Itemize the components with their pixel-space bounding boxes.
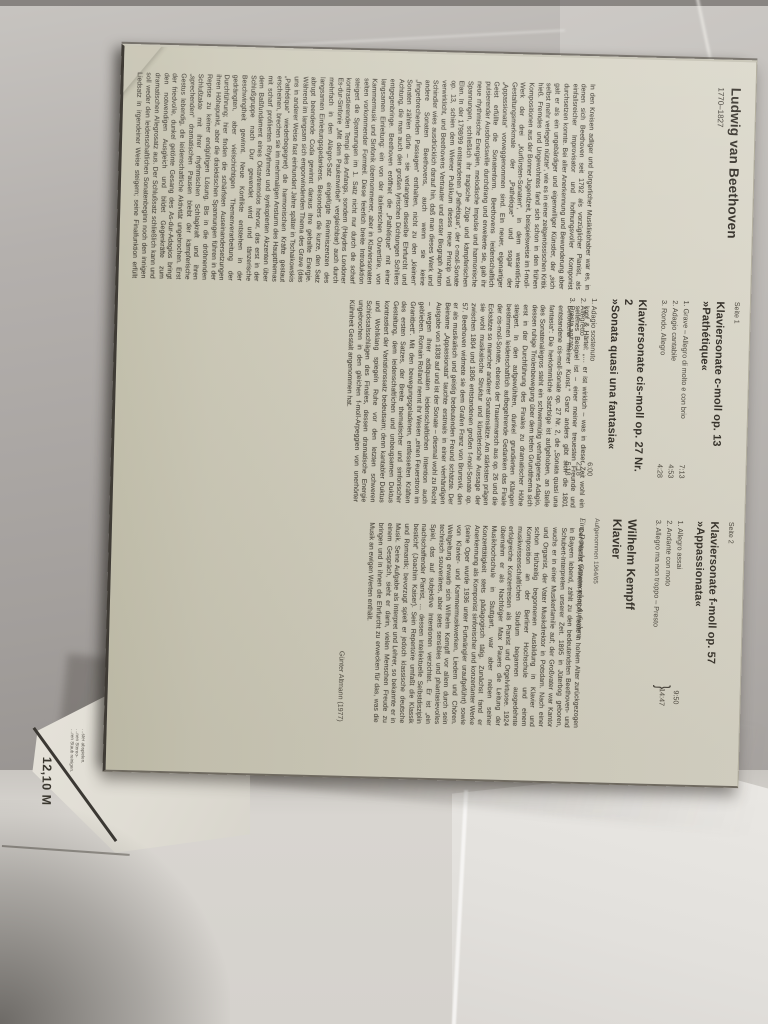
movement-row: 3. Allegro ma non troppo – Presto (648, 520, 664, 704)
movement-name: 3. Presto agitato (566, 298, 578, 351)
notes-column-2: kopf & Härtel: „… er ist wirklich – was … (185, 296, 590, 508)
movement-name: 3. Rondo. Allegro (658, 300, 670, 355)
movement-time: 6:00 (585, 462, 596, 476)
work2-block: Klaviersonate cis-moll op. 27 Nr. 2 »Son… (563, 298, 648, 478)
composer-block: Ludwig van Beethoven 1770–1827 (713, 87, 744, 239)
recording-note: Aufgenommen 1964/65 (589, 518, 601, 702)
movement-time: 5:18 (563, 461, 574, 475)
side1-label: Seite 1 (728, 302, 740, 480)
corner-fold (117, 44, 165, 101)
work3-movements: 1. Allegro assai 9:50 2. Andante con mot… (648, 520, 686, 705)
movement-name: 1. Grave – Allegro di molto e con brio (678, 300, 692, 419)
work1-subtitle: »Pathétique« (694, 301, 712, 479)
care-line: …ren Staub reinigen. (68, 729, 74, 777)
movement-row: 1. Allegro assai 9:50 (670, 520, 686, 704)
work2-movements: 1. Adagio sostenuto 6:00 2. Allegretto 2… (563, 298, 601, 477)
artist-instrument: Klavier (606, 519, 625, 703)
movement-time: 4:53 (665, 464, 676, 478)
movement-row: 1. Adagio sostenuto 6:00 (585, 298, 601, 476)
price-text: 12,10 M (39, 757, 54, 806)
work2-title: Klaviersonate cis-moll op. 27 Nr. 2 (616, 299, 648, 478)
photo-top-shadow (0, 0, 768, 6)
movement-row: 3. Presto agitato 5:18 (563, 298, 579, 476)
artist-name: Wilhelm Kempff (620, 519, 639, 703)
notes-column-3: Der Pianist Wilhelm Kempff, heute in hoh… (361, 522, 584, 728)
notes-signature: Günter Altmann (1977) (336, 522, 348, 722)
artist-block: Wilhelm Kempff Klavier Aufgenommen 1964/… (574, 518, 640, 704)
composer-name: Ludwig van Beethoven (725, 88, 744, 239)
side2-label: Seite 2 (722, 522, 734, 706)
movement-row: 2. Adagio cantabile 4:53 (665, 300, 681, 478)
movement-name: 2. Andante con moto (663, 520, 676, 586)
liner-notes: In den Kreisen adliger und bürgerlicher … (116, 72, 595, 756)
record-sleeve-back: Ludwig van Beethoven 1770–1827 Seite 1 K… (103, 44, 758, 788)
side2-column: Seite 2 Klaviersonate f-moll op. 57 »App… (574, 518, 735, 706)
care-line: …nen Stereo- (74, 729, 80, 777)
side1-column: Seite 1 Klaviersonate c-moll op. 13 »Pat… (563, 298, 740, 480)
notes-column-1: In den Kreisen adliger und bürgerlicher … (130, 72, 595, 290)
movement-time: 2:18 (574, 462, 585, 476)
work1-movements: 1. Grave – Allegro di molto e con brio 7… (654, 300, 692, 479)
grouped-time: 14:47 (657, 688, 666, 706)
work3-title: Klaviersonate f-moll op. 57 (702, 521, 720, 705)
movement-time: 9:50 (670, 690, 681, 704)
work1-title: Klaviersonate c-moll op. 13 (708, 301, 726, 479)
bottom-left-shadow (0, 800, 230, 1024)
movement-name: 3. Allegro ma non troppo – Presto (651, 520, 665, 627)
movement-row: 2. Allegretto 2:18 (574, 298, 590, 476)
movement-time: 4:28 (654, 464, 665, 478)
care-line: …ster abspielen. (80, 729, 86, 777)
record-sleeve-rotated: Ludwig van Beethoven 1770–1827 Seite 1 K… (107, 44, 758, 784)
work2-subtitle: »Sonata quasi una fantasia« (603, 299, 621, 477)
work3-subtitle: »Appassionata« (688, 521, 706, 705)
movement-row: 3. Rondo. Allegro 4:28 (654, 300, 670, 478)
source-note: Eine Deutsche Grammophon Aufnahme (574, 518, 588, 702)
movement-name: 1. Allegro assai (674, 520, 686, 569)
movement-time: 7:13 (676, 464, 687, 478)
movement-name: 2. Adagio cantabile (668, 300, 681, 361)
movement-name: 1. Adagio sostenuto (588, 298, 601, 361)
movement-row: 1. Grave – Allegro di molto e con brio 7… (676, 300, 692, 478)
composer-dates: 1770–1827 (713, 87, 726, 238)
movement-name: 2. Allegretto (578, 298, 590, 336)
movement-row: 2. Andante con moto (659, 520, 675, 704)
inner-sleeve-care-text: …ster abspielen. …nen Stereo- …ren Staub… (65, 729, 86, 777)
movement-group-brace: } (651, 684, 673, 689)
